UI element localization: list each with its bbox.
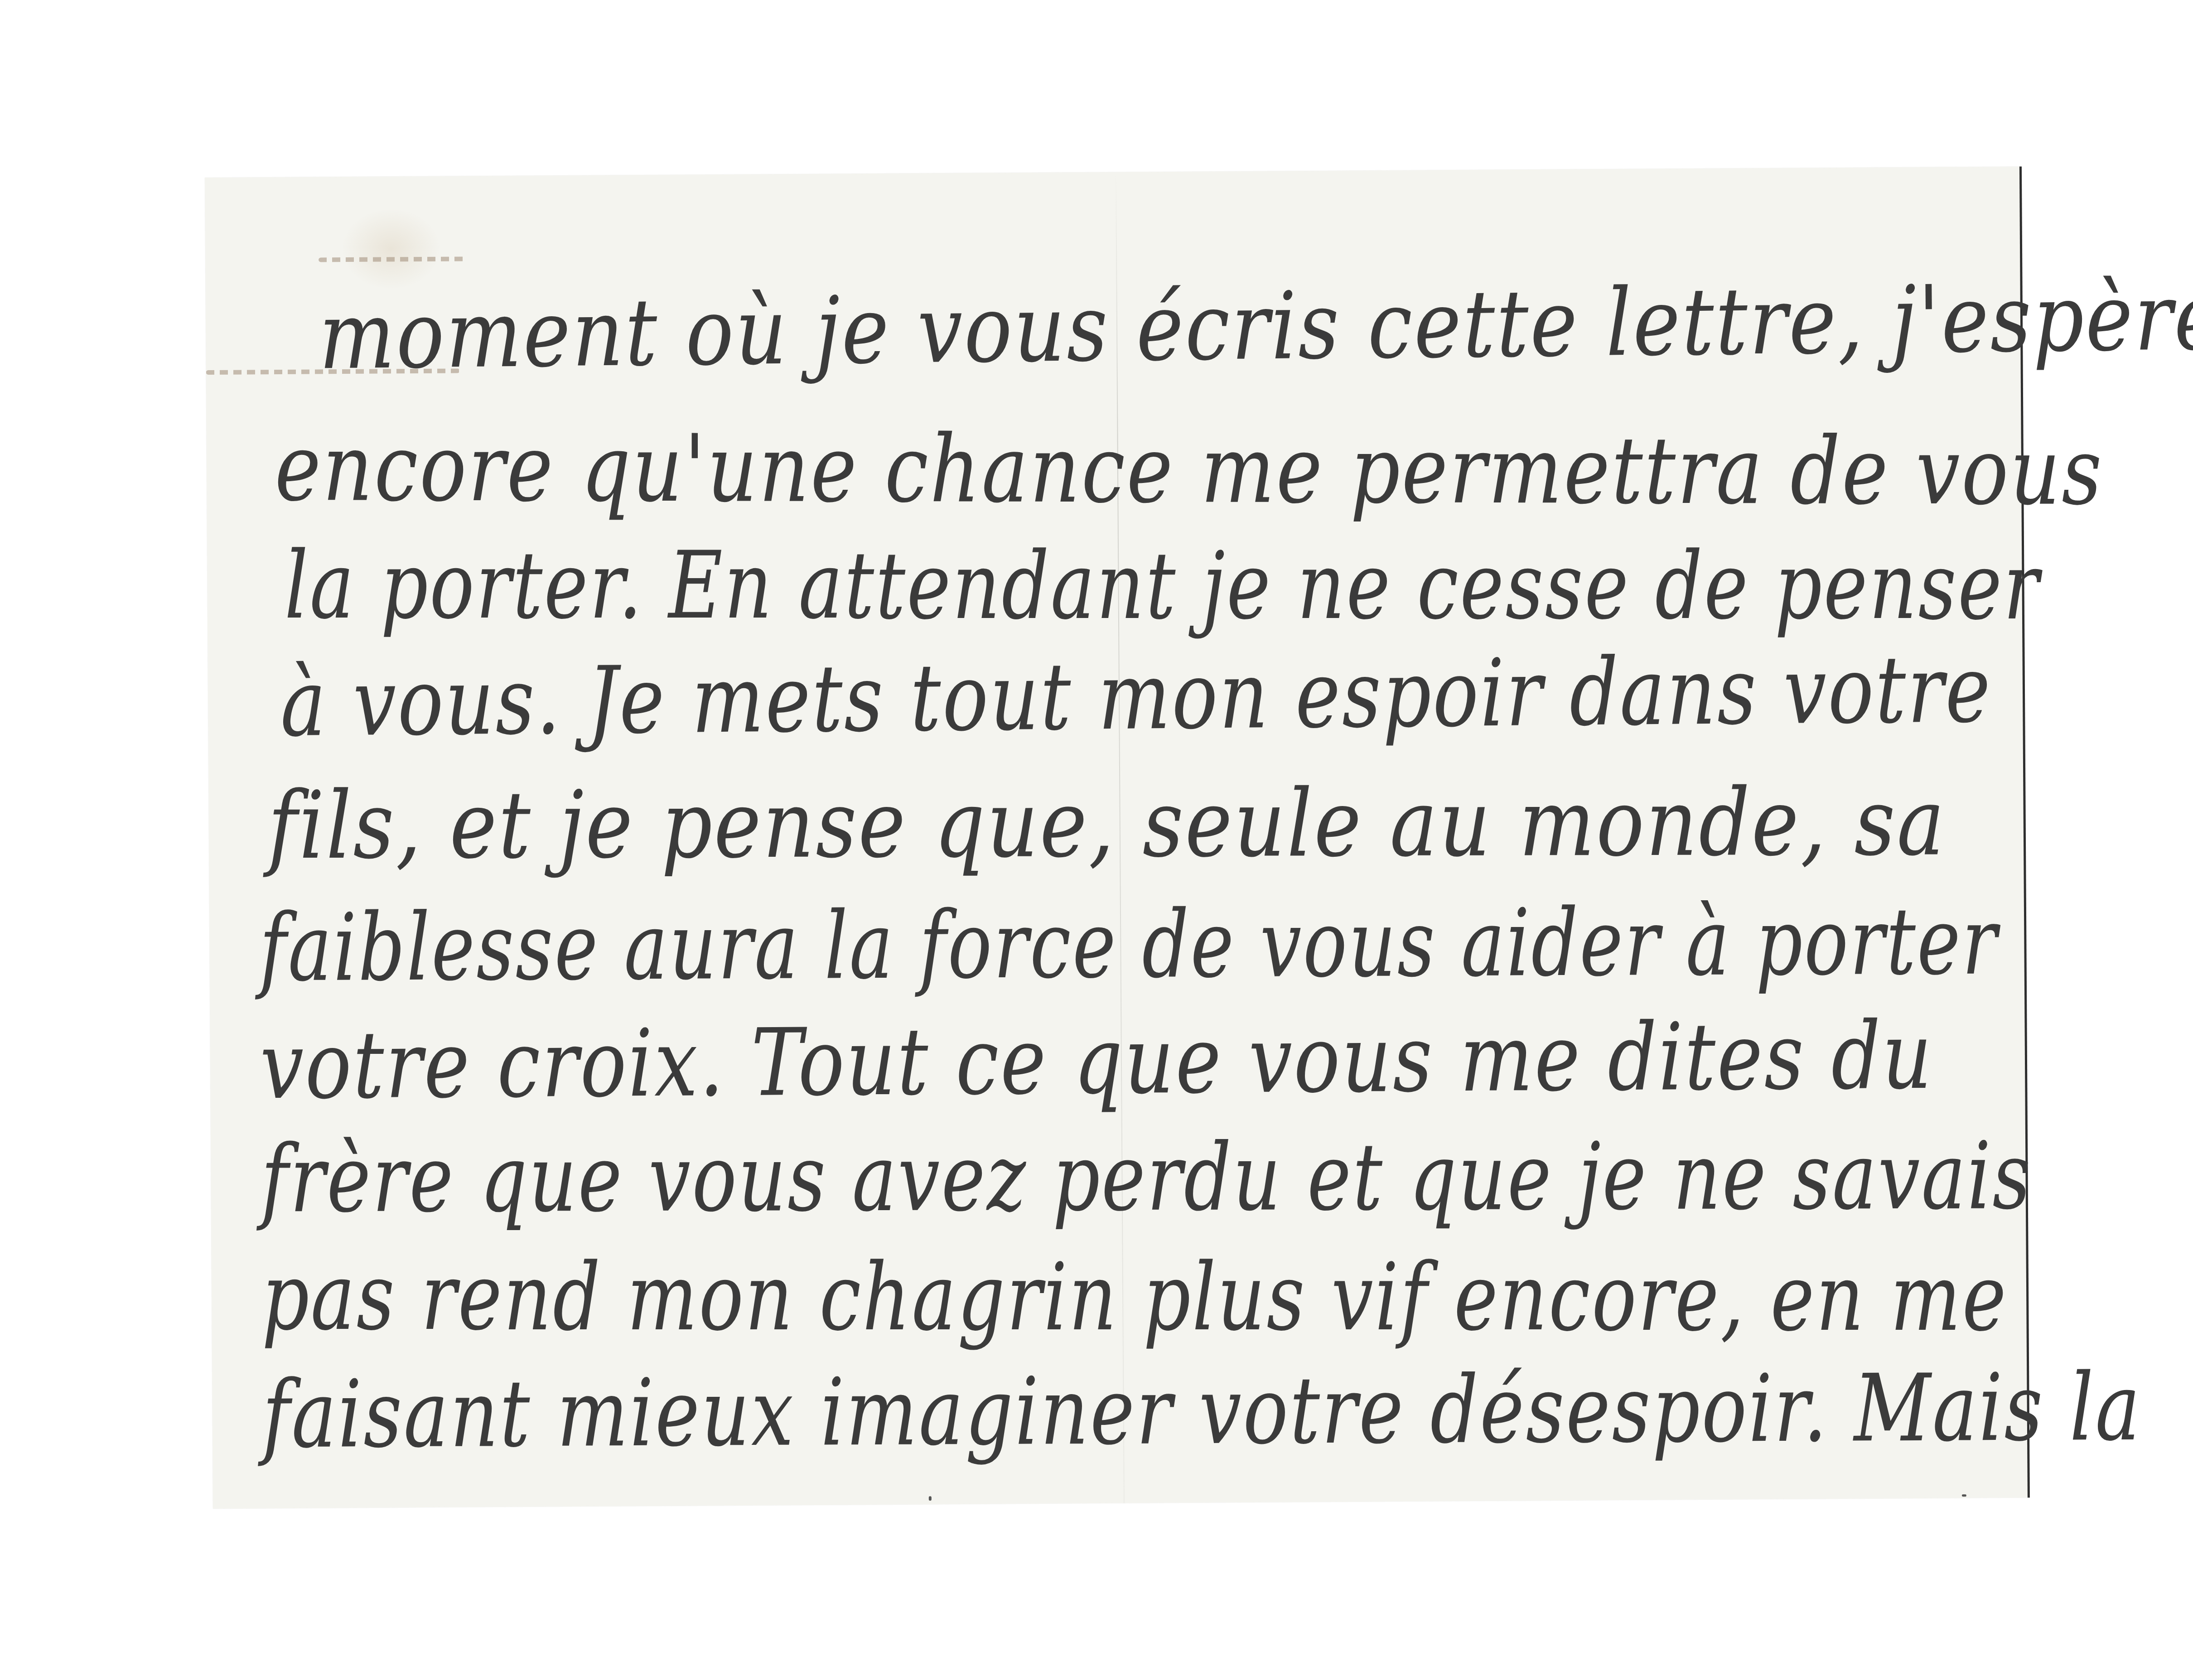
handwritten-line: moment où je vous écris cette lettre, j'… (319, 271, 2193, 383)
handwritten-line: la porter. En attendant je ne cesse de p… (285, 540, 2040, 633)
handwritten-line: frère que vous avez perdu et que je ne s… (261, 1130, 2032, 1226)
ink-speck (929, 1496, 932, 1501)
handwritten-line: pas rend mon chagrin plus vif encore, en… (261, 1251, 2008, 1345)
handwritten-line: votre croix. Tout ce que vous me dites d… (260, 1010, 1933, 1113)
handwritten-line: à vous. Je mets tout mon espoir dans vot… (280, 643, 1992, 750)
handwritten-line: faisant mieux imaginer votre désespoir. … (262, 1361, 2141, 1462)
letter-card: moment où je vous écris cette lettre, j'… (205, 167, 2029, 1509)
handwritten-line: fils, et je pense que, seule au monde, s… (268, 777, 1946, 873)
handwritten-text: moment où je vous écris cette lettre, j'… (205, 167, 2029, 1509)
handwritten-line: faiblesse aura la force de vous aider à … (259, 895, 1999, 995)
handwritten-line: encore qu'une chance me permettra de vou… (275, 422, 2103, 519)
ink-speck (1962, 1494, 1966, 1497)
